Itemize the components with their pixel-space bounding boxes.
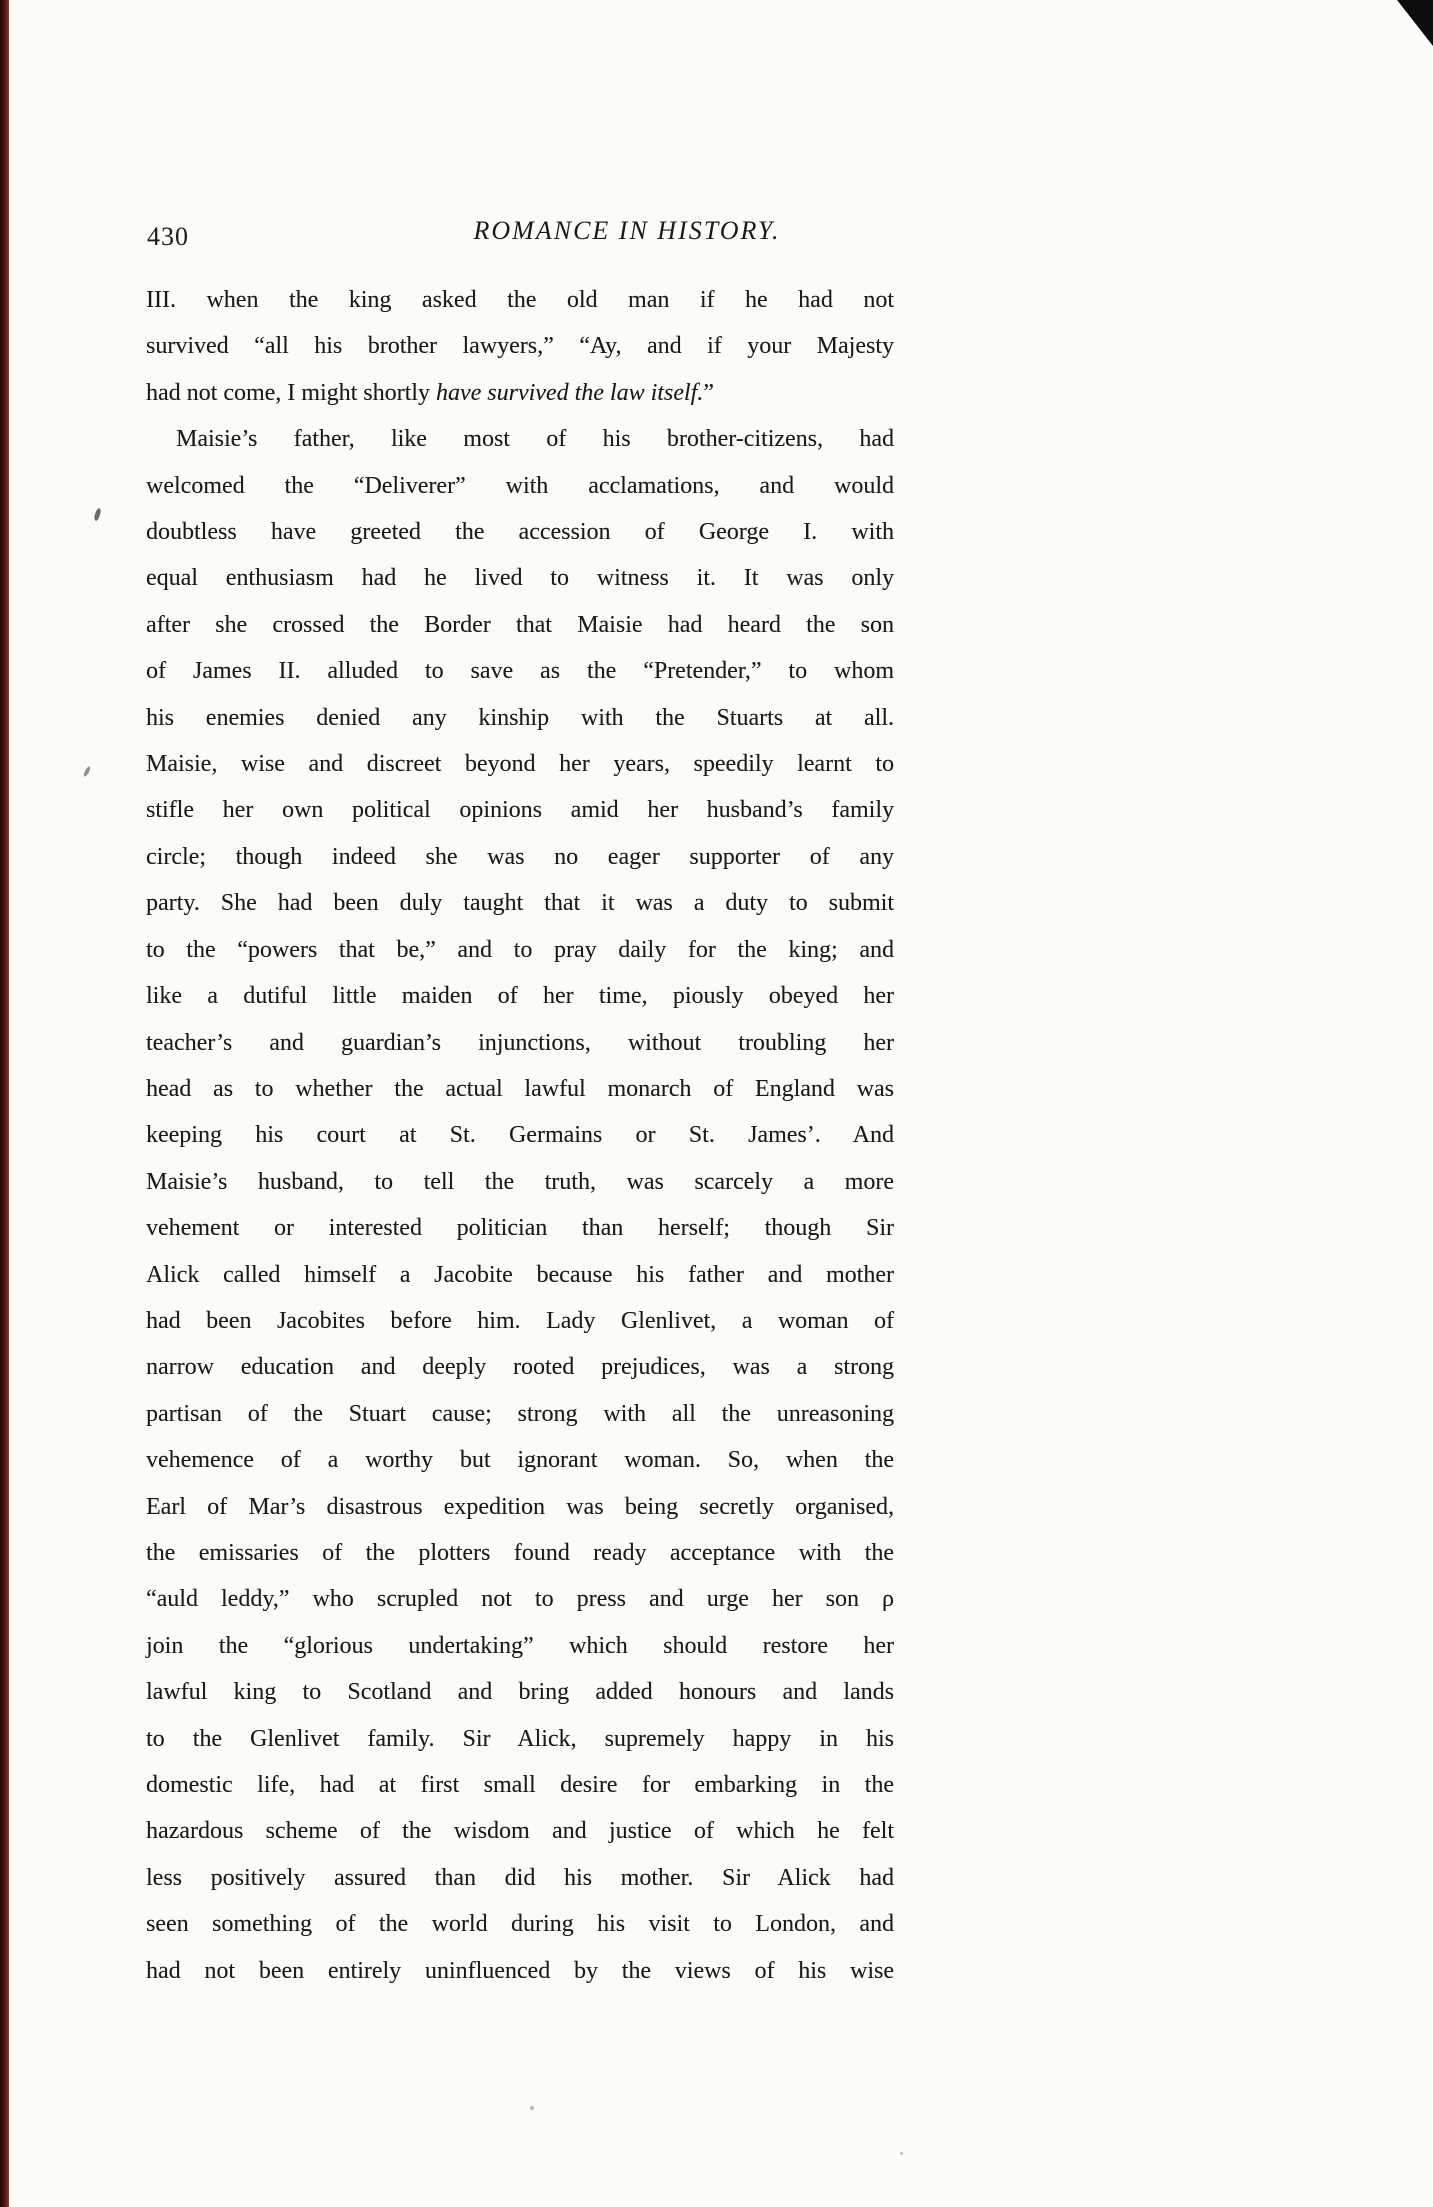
text-segment: less positively assured than did his mot… <box>146 1865 894 1891</box>
text-line: of James II. alluded to save as the “Pre… <box>146 648 894 694</box>
text-segment: had not come, I might shortly <box>146 380 436 406</box>
text-line: the emissaries of the plotters found rea… <box>146 1530 894 1576</box>
text-segment: Maisie, wise and discreet beyond her yea… <box>146 751 894 777</box>
text-line: less positively assured than did his mot… <box>146 1855 894 1901</box>
text-line: to the Glenlivet family. Sir Alick, supr… <box>146 1716 894 1762</box>
text-line: Maisie’s husband, to tell the truth, was… <box>146 1159 894 1205</box>
text-segment: Maisie’s husband, to tell the truth, was… <box>146 1169 894 1195</box>
text-segment: had not been entirely uninfluenced by th… <box>146 1958 894 1984</box>
text-segment: survived “all his brother lawyers,” “Ay,… <box>146 333 894 359</box>
text-segment: domestic life, had at first small desire… <box>146 1772 894 1798</box>
scan-speck <box>94 508 102 522</box>
body-text: III. when the king asked the old man if … <box>146 277 894 1994</box>
text-segment: stifle her own political opinions amid h… <box>146 797 894 823</box>
text-line: keeping his court at St. Germains or St.… <box>146 1112 894 1158</box>
text-line: his enemies denied any kinship with the … <box>146 695 894 741</box>
text-segment: Maisie’s father, like most of his brothe… <box>176 426 894 452</box>
text-line: had been Jacobites before him. Lady Glen… <box>146 1298 894 1344</box>
text-segment: head as to whether the actual lawful mon… <box>146 1076 894 1102</box>
text-line: head as to whether the actual lawful mon… <box>146 1066 894 1112</box>
text-line: stifle her own political opinions amid h… <box>146 787 894 833</box>
text-segment: vehement or interested politician than h… <box>146 1215 894 1241</box>
text-line: Maisie, wise and discreet beyond her yea… <box>146 741 894 787</box>
scan-edge-strip <box>0 0 9 2207</box>
text-segment: the emissaries of the plotters found rea… <box>146 1540 894 1566</box>
text-segment: circle; though indeed she was no eager s… <box>146 844 894 870</box>
text-segment: party. She had been duly taught that it … <box>146 890 894 916</box>
text-line: survived “all his brother lawyers,” “Ay,… <box>146 323 894 369</box>
text-line: hazardous scheme of the wisdom and justi… <box>146 1808 894 1854</box>
text-segment: “auld leddy,” who scrupled not to press … <box>146 1586 894 1612</box>
book-page: 430 ROMANCE IN HISTORY. III. when the ki… <box>0 0 1433 2207</box>
text-segment: partisan of the Stuart cause; strong wit… <box>146 1401 894 1427</box>
text-line: Maisie’s father, like most of his brothe… <box>146 416 894 462</box>
text-line: join the “glorious undertaking” which sh… <box>146 1623 894 1669</box>
scan-speck <box>530 2106 534 2110</box>
text-line: after she crossed the Border that Maisie… <box>146 602 894 648</box>
text-segment: lawful king to Scotland and bring added … <box>146 1679 894 1705</box>
text-segment: to the “powers that be,” and to pray dai… <box>146 937 894 963</box>
text-segment: like a dutiful little maiden of her time… <box>146 983 894 1009</box>
italic-text-segment: have survived the law itself. <box>436 380 703 406</box>
text-segment: doubtless have greeted the accession of … <box>146 519 894 545</box>
text-line: Earl of Mar’s disastrous expedition was … <box>146 1484 894 1530</box>
text-segment: narrow education and deeply rooted preju… <box>146 1354 894 1380</box>
text-line: seen something of the world during his v… <box>146 1901 894 1947</box>
page-corner-fold <box>1397 0 1433 46</box>
text-segment: vehemence of a worthy but ignorant woman… <box>146 1447 894 1473</box>
text-segment: Earl of Mar’s disastrous expedition was … <box>146 1494 894 1520</box>
text-segment: of James II. alluded to save as the “Pre… <box>146 658 894 684</box>
text-line: circle; though indeed she was no eager s… <box>146 834 894 880</box>
text-line: III. when the king asked the old man if … <box>146 277 894 323</box>
running-title: ROMANCE IN HISTORY. <box>474 216 781 246</box>
text-line: had not come, I might shortly have survi… <box>146 370 894 416</box>
text-line: partisan of the Stuart cause; strong wit… <box>146 1391 894 1437</box>
text-segment: seen something of the world during his v… <box>146 1911 894 1937</box>
text-line: vehemence of a worthy but ignorant woman… <box>146 1437 894 1483</box>
text-line: narrow education and deeply rooted preju… <box>146 1344 894 1390</box>
text-segment: Alick called himself a Jacobite because … <box>146 1262 894 1288</box>
page-number: 430 <box>147 222 189 252</box>
text-segment: teacher’s and guardian’s injunctions, wi… <box>146 1030 894 1056</box>
page-header: 430 ROMANCE IN HISTORY. <box>145 216 895 258</box>
text-segment: equal enthusiasm had he lived to witness… <box>146 565 894 591</box>
text-segment: III. when the king asked the old man if … <box>146 287 894 313</box>
text-line: “auld leddy,” who scrupled not to press … <box>146 1576 894 1622</box>
text-segment: hazardous scheme of the wisdom and justi… <box>146 1818 894 1844</box>
text-line: vehement or interested politician than h… <box>146 1205 894 1251</box>
text-line: domestic life, had at first small desire… <box>146 1762 894 1808</box>
text-segment: keeping his court at St. Germains or St.… <box>146 1122 894 1148</box>
text-segment: after she crossed the Border that Maisie… <box>146 612 894 638</box>
scan-speck <box>900 2152 903 2155</box>
text-line: had not been entirely uninfluenced by th… <box>146 1948 894 1994</box>
text-line: lawful king to Scotland and bring added … <box>146 1669 894 1715</box>
text-line: doubtless have greeted the accession of … <box>146 509 894 555</box>
text-segment: ” <box>703 380 714 406</box>
text-line: party. She had been duly taught that it … <box>146 880 894 926</box>
text-line: to the “powers that be,” and to pray dai… <box>146 927 894 973</box>
text-segment: his enemies denied any kinship with the … <box>146 705 894 731</box>
scan-speck <box>83 766 92 778</box>
text-segment: to the Glenlivet family. Sir Alick, supr… <box>146 1726 894 1752</box>
text-segment: welcomed the “Deliverer” with acclamatio… <box>146 473 894 499</box>
text-line: teacher’s and guardian’s injunctions, wi… <box>146 1020 894 1066</box>
text-line: Alick called himself a Jacobite because … <box>146 1252 894 1298</box>
text-line: equal enthusiasm had he lived to witness… <box>146 555 894 601</box>
text-line: welcomed the “Deliverer” with acclamatio… <box>146 463 894 509</box>
text-line: like a dutiful little maiden of her time… <box>146 973 894 1019</box>
text-segment: join the “glorious undertaking” which sh… <box>146 1633 894 1659</box>
text-segment: had been Jacobites before him. Lady Glen… <box>146 1308 894 1334</box>
